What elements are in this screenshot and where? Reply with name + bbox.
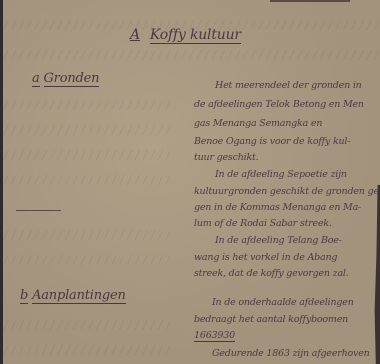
text-line: kultuurgronden geschikt de gronden gele- bbox=[194, 186, 380, 197]
text-line: Benoe Ogang is voor de koffy kul- bbox=[194, 136, 350, 147]
text-line: In de onderhaalde afdeelingen bbox=[212, 297, 354, 308]
text-line: wang is het vorkel in de Abang bbox=[194, 252, 337, 263]
title-letter: A bbox=[130, 27, 140, 43]
text-line: gas Menanga Semangka en bbox=[194, 118, 322, 129]
bleed-through bbox=[0, 100, 170, 110]
manuscript-page: AKoffy kultuur a Gronden Het meerendeel … bbox=[0, 0, 380, 364]
text-line: streek, dat de koffy gevorgen zal. bbox=[194, 268, 349, 279]
text-line: 1663930 bbox=[194, 330, 235, 341]
page-edge-top bbox=[270, 0, 350, 2]
text-line: gen in de Kommas Menanga en Ma- bbox=[194, 202, 361, 213]
title-text: Koffy kultuur bbox=[150, 27, 241, 44]
bleed-through bbox=[0, 230, 170, 240]
text-line: In de afdeeling Telang Boe- bbox=[215, 235, 342, 246]
margin-rule bbox=[16, 210, 61, 211]
section-heading-a: a Gronden bbox=[32, 71, 99, 86]
page-edge-right bbox=[374, 185, 380, 364]
text-line: In de afdeeling Sepoetie zijn bbox=[215, 169, 347, 180]
bleed-through bbox=[0, 345, 170, 355]
bleed-through bbox=[0, 150, 170, 160]
text-line: Gedurende 1863 zijn afgeerhoven bbox=[212, 348, 370, 359]
bleed-through bbox=[0, 320, 170, 330]
text-line: de afdeelingen Telok Betong en Men bbox=[194, 99, 364, 110]
bleed-through bbox=[0, 125, 170, 135]
document-title: AKoffy kultuur bbox=[130, 27, 241, 43]
text-line: bedraagt het aantal koffyboomen bbox=[194, 314, 348, 325]
bleed-through bbox=[0, 50, 380, 60]
text-line: tuur geschikt. bbox=[194, 152, 258, 163]
tree-count: 1663930 bbox=[194, 330, 235, 342]
section-heading-b: b Aanplantingen bbox=[20, 288, 126, 303]
bleed-through bbox=[0, 255, 170, 265]
text-line: Het meerendeel der gronden in bbox=[215, 80, 362, 91]
bleed-through bbox=[0, 175, 170, 185]
text-line: lum of de Rodai Sabar streek. bbox=[194, 218, 332, 229]
